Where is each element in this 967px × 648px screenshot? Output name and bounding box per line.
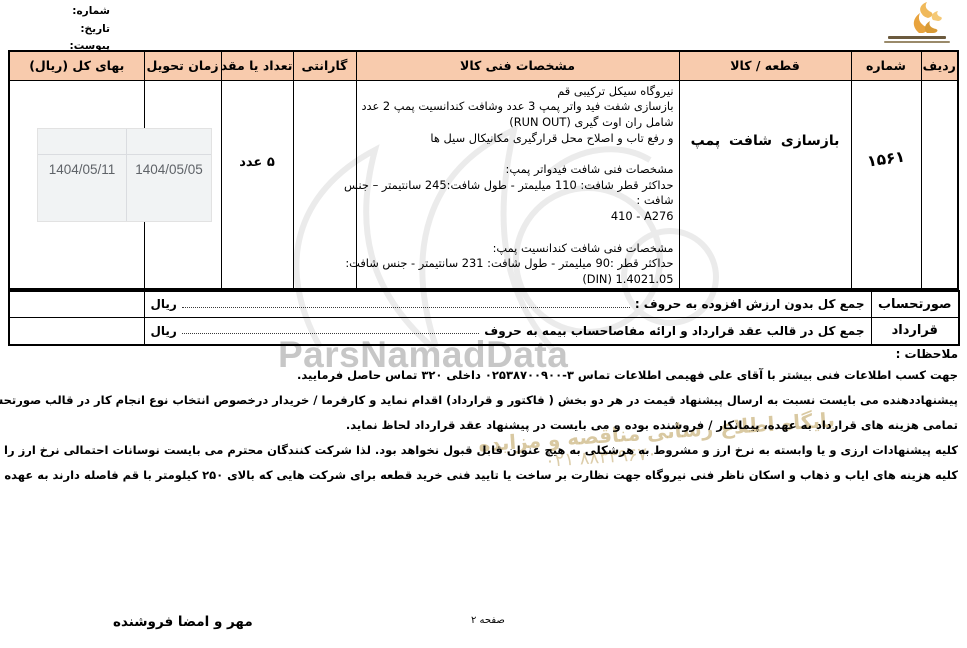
spec-line: حداکثر قطر :90 میلیمتر - طول شافت: 231 س… bbox=[359, 256, 674, 272]
spec-line: شامل ران اوت گیری (RUN OUT) bbox=[359, 115, 674, 131]
notes-title: ملاحظات : bbox=[8, 347, 958, 361]
dotted-leader bbox=[182, 333, 479, 334]
invoice-total-text: جمع کل بدون ارزش افزوده به حروف : bbox=[635, 297, 865, 311]
document-meta-labels: شماره: تاریخ: پیوست: bbox=[70, 3, 110, 56]
header-part-item: قطعه / کالا bbox=[679, 51, 851, 80]
item-number-value: ۱۵۶۱ bbox=[866, 147, 906, 170]
cell-quantity: ۵ عدد bbox=[221, 80, 293, 289]
note-line: پیشنهاددهنده می بایست نسبت به ارسال پیشن… bbox=[8, 393, 958, 407]
header-quantity: تعداد یا مقدار bbox=[221, 51, 293, 80]
contract-empty-cell bbox=[9, 318, 144, 345]
notes-section: ملاحظات : جهت کسب اطلاعات فنی بیشتر با آ… bbox=[8, 347, 958, 493]
header-number: شماره bbox=[851, 51, 921, 80]
spec-line: بازسازی شفت فید واتر پمپ 3 عدد وشافت کند… bbox=[359, 99, 674, 115]
date-overlay-panel: 1404/05/11 1404/05/05 bbox=[37, 128, 212, 222]
header-row-index: ردیف bbox=[921, 51, 958, 80]
spec-line: شافت : bbox=[359, 193, 674, 209]
meta-number-label: شماره: bbox=[70, 3, 110, 21]
spec-line: مشخصات فنی شافت فیدواتر پمپ: bbox=[359, 162, 674, 178]
spec-line bbox=[359, 225, 674, 241]
date-value: 1404/05/05 bbox=[127, 162, 211, 177]
cell-item-specs: نیروگاه سیکل ترکیبی قم بازسازی شفت فید و… bbox=[356, 80, 679, 289]
spec-line: و رفع تاب و اصلاح محل قرارگیری مکانیکال … bbox=[359, 131, 674, 147]
spec-line: مشخصات فنی شافت کندانسیت پمپ: bbox=[359, 241, 674, 257]
invoice-row: صورتحساب جمع کل بدون ارزش افزوده به حروف… bbox=[9, 291, 959, 318]
spec-line: 410 - A276 bbox=[359, 209, 674, 225]
invoice-label: صورتحساب bbox=[871, 291, 959, 318]
dotted-leader bbox=[182, 307, 630, 308]
document-page: ParsNamadData پایگاه اطلاع رسانی مناقصه … bbox=[0, 0, 967, 648]
date-value: 1404/05/11 bbox=[38, 162, 126, 177]
company-logo bbox=[882, 2, 952, 43]
flame-logo-icon bbox=[889, 2, 945, 34]
spec-line bbox=[359, 146, 674, 162]
header-warranty: گارانتی bbox=[293, 51, 356, 80]
invoice-total-line: جمع کل بدون ارزش افزوده به حروف : ریال bbox=[144, 291, 871, 318]
cell-item-number: ۱۵۶۱ bbox=[851, 80, 921, 289]
items-table-header-row: ردیف شماره قطعه / کالا مشخصات فنی کالا گ… bbox=[9, 51, 958, 80]
invoice-empty-cell bbox=[9, 291, 144, 318]
contract-total-line: جمع کل در قالب عقد قرارداد و ارائه مفاصا… bbox=[144, 318, 871, 345]
header-total-price: بهای کل (ریال) bbox=[9, 51, 144, 80]
meta-date-label: تاریخ: bbox=[70, 21, 110, 39]
note-line: جهت کسب اطلاعات فنی بیشتر با آقای علی فه… bbox=[8, 368, 958, 382]
spec-line: نیروگاه سیکل ترکیبی قم bbox=[359, 84, 674, 100]
spec-line: (DIN) 1.4021.05 bbox=[359, 272, 674, 288]
date-cell-delivery[interactable]: 1404/05/05 bbox=[127, 129, 211, 221]
cell-item-title: بازسازی شافت پمپ bbox=[679, 80, 851, 289]
header-delivery-time: زمان تحویل bbox=[144, 51, 221, 80]
logo-caption bbox=[882, 36, 952, 43]
page-number: صفحه ۲ bbox=[471, 615, 505, 626]
seller-signature-label: مهر و امضا فروشنده bbox=[113, 614, 253, 630]
contract-total-text: جمع کل در قالب عقد قرارداد و ارائه مفاصا… bbox=[484, 324, 864, 338]
currency-unit: ریال bbox=[151, 297, 177, 311]
summary-table: صورتحساب جمع کل بدون ارزش افزوده به حروف… bbox=[8, 290, 960, 346]
header-technical-specs: مشخصات فنی کالا bbox=[356, 51, 679, 80]
currency-unit: ریال bbox=[151, 324, 177, 338]
note-line: کلیه هزینه های ایاب و ذهاب و اسکان ناظر … bbox=[8, 468, 958, 482]
contract-label: قرارداد bbox=[871, 318, 959, 345]
contract-row: قرارداد جمع کل در قالب عقد قرارداد و ارا… bbox=[9, 318, 959, 345]
note-line: تمامی هزینه های قرارداد به عهده، پیمانکا… bbox=[8, 418, 958, 432]
note-line: کلیه پیشنهادات ارزی و یا وابسته به نرخ ا… bbox=[8, 443, 958, 457]
date-cell-total-price[interactable]: 1404/05/11 bbox=[38, 129, 127, 221]
cell-row-index bbox=[921, 80, 958, 289]
spec-line: حداکثر قطر شافت: 110 میلیمتر - طول شافت:… bbox=[359, 178, 674, 194]
